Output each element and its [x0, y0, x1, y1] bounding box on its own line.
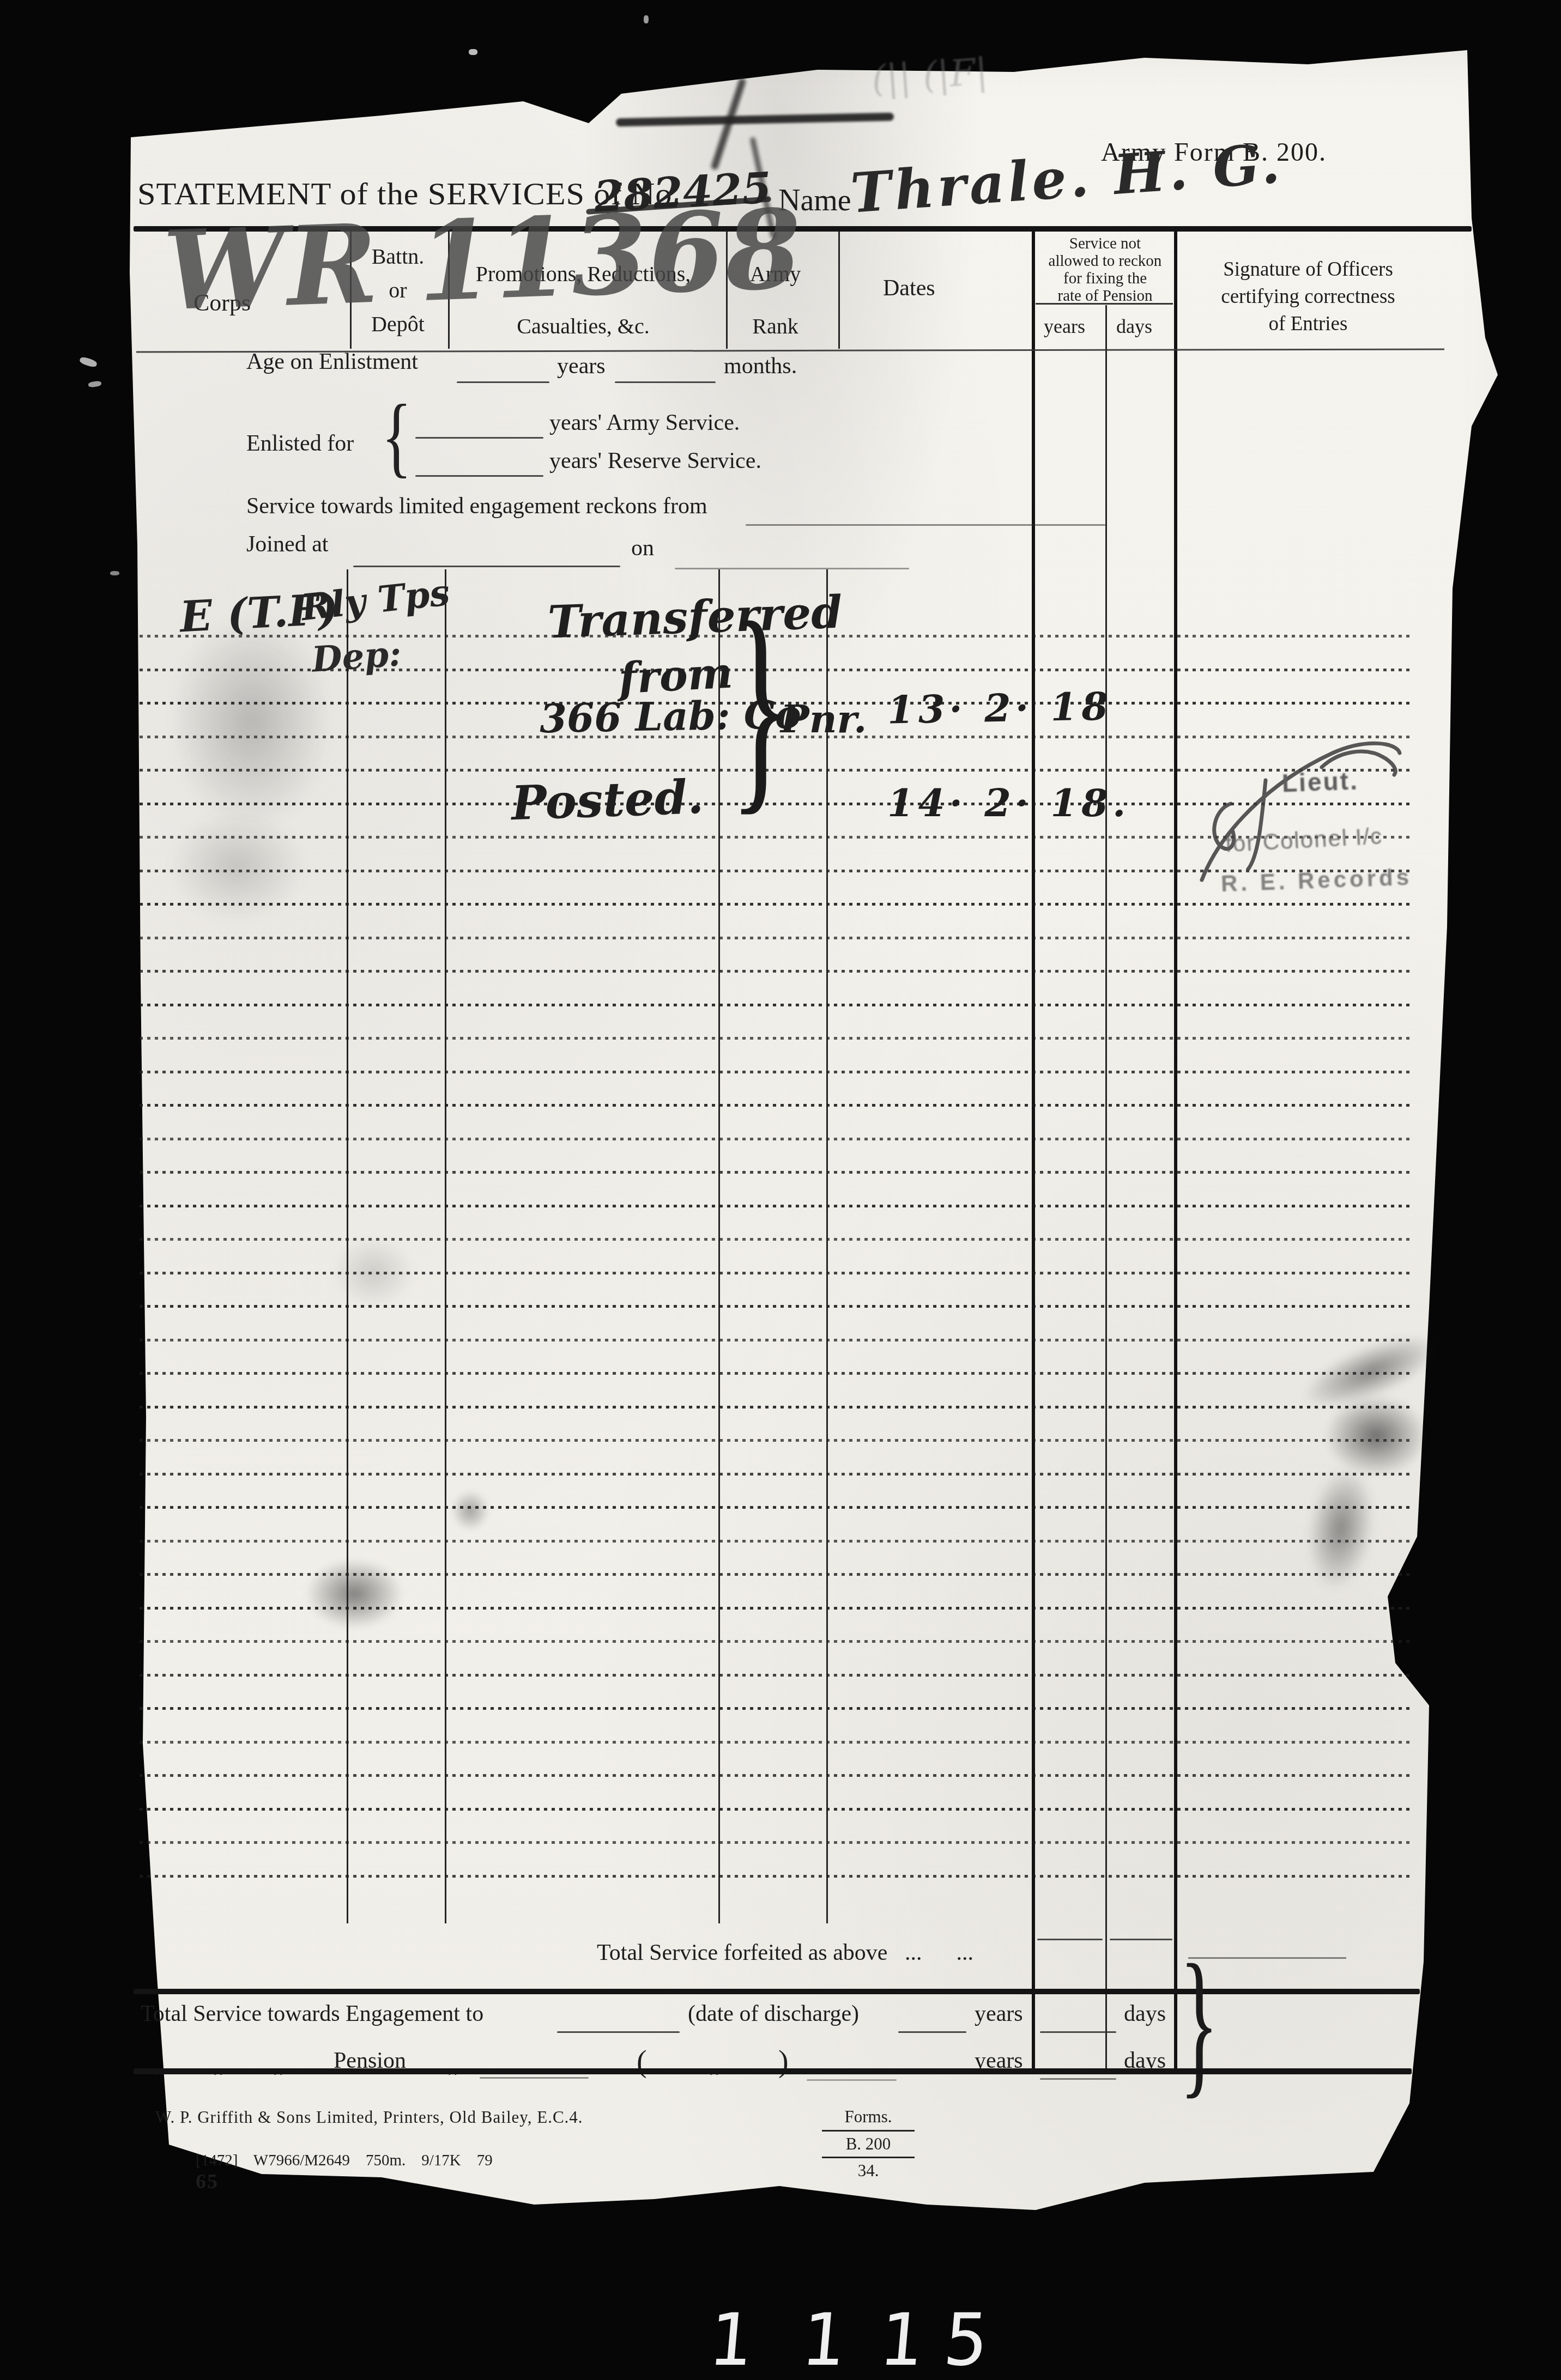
age-months-label: months.	[724, 353, 797, 379]
reserve-service-label: years' Reserve Service.	[549, 448, 761, 474]
forms-sub: 34.	[822, 2158, 915, 2184]
forfeited-label: Total Service forfeited as above ... ...	[597, 1940, 973, 1966]
dotted-row	[140, 1406, 1409, 1408]
stamp-rank: Lieut.	[1281, 766, 1359, 798]
totals-brace: }	[1179, 1940, 1219, 2103]
reserve-service-line	[415, 475, 543, 477]
paper-tear-speck	[110, 571, 119, 575]
dotted-row	[140, 1104, 1409, 1107]
pension-line: rate of Pension	[1036, 288, 1175, 305]
engagement-years-line	[898, 2031, 966, 2033]
years-days-divider	[1105, 305, 1107, 2069]
army-service-label: years' Army Service.	[549, 410, 740, 436]
joined-at-label: Joined at	[246, 531, 328, 557]
dotted-row	[140, 1171, 1409, 1174]
forms-box: Forms. B. 200 34.	[822, 2104, 915, 2184]
dotted-row	[140, 1439, 1409, 1442]
dotted-row	[140, 970, 1409, 973]
col-header-dates: Dates	[883, 275, 935, 301]
joined-at-line	[353, 566, 620, 567]
dotted-row	[140, 937, 1409, 939]
dotted-row	[140, 1841, 1409, 1844]
body-divider-promotions	[718, 569, 720, 1923]
joined-on-label: on	[631, 535, 654, 561]
engagement-label: Total Service towards Engagement to	[141, 2001, 483, 2027]
col-header-days: days	[1116, 315, 1152, 338]
film-counter-digit: 1	[798, 2298, 849, 2380]
film-counter-digit: 1	[875, 2298, 926, 2380]
film-counter: 1 1 1 5	[709, 2298, 988, 2380]
dotted-row	[140, 1707, 1409, 1710]
dotted-row	[140, 1473, 1409, 1476]
pencil-smudge	[332, 1237, 414, 1308]
printer-refs: [1472] W7966/M2649 750m. 9/17K 79	[196, 2152, 493, 2169]
paper-tear-speck	[644, 15, 649, 23]
signature-line: of Entries	[1180, 311, 1436, 338]
pencil-smudge	[164, 806, 311, 926]
ink-smudge	[451, 1490, 489, 1531]
forfeited-years-entry	[1037, 1939, 1103, 1940]
discharge-label: (date of discharge)	[688, 2001, 859, 2027]
age-label: Age on Enlistment	[246, 349, 418, 375]
pension-years-line	[1040, 2078, 1116, 2080]
age-years-label: years	[557, 353, 606, 379]
reckons-line	[746, 524, 1105, 526]
paper-tear-speck	[88, 380, 101, 387]
forms-number: B. 200	[822, 2132, 915, 2159]
dotted-row	[140, 1305, 1409, 1308]
dotted-row	[140, 1205, 1409, 1207]
film-counter-digit: 5	[941, 2298, 992, 2380]
registry-mark: WR 11368	[161, 185, 804, 336]
dotted-row	[140, 1004, 1409, 1006]
dotted-row	[140, 1138, 1409, 1140]
pension-line: for fixing the	[1036, 270, 1175, 288]
film-counter-digit: 1	[705, 2298, 755, 2380]
printer-line1: W. P. Griffith & Sons Limited, Printers,…	[155, 2108, 583, 2127]
dotted-row	[140, 1372, 1409, 1375]
entry-transferred: Transferred	[547, 586, 843, 649]
header-divider	[838, 232, 840, 349]
engagement-days-label: days	[1124, 2001, 1166, 2027]
engagement-days-line	[1040, 2031, 1116, 2033]
signature-line: Signature of Officers	[1180, 256, 1436, 283]
enlisted-for-label: Enlisted for	[246, 430, 354, 457]
age-months-line	[615, 381, 716, 383]
dotted-row	[140, 1037, 1409, 1040]
dotted-row	[140, 1238, 1409, 1241]
entry-date1: 13· 2· 18	[887, 683, 1112, 732]
army-service-line	[415, 437, 543, 439]
paper-tear-speck	[79, 356, 98, 368]
pension-header-underline	[1036, 303, 1173, 305]
ink-blot	[1324, 1395, 1428, 1477]
col-header-signature: Signature of Officers certifying correct…	[1180, 256, 1436, 338]
body-divider-rank	[826, 569, 828, 1923]
body-divider-battn	[445, 569, 446, 1923]
dotted-row	[140, 1540, 1409, 1543]
pension-line: Service not	[1036, 235, 1175, 253]
col-header-pension: Service not allowed to reckon for fixing…	[1036, 235, 1175, 305]
printer-line2: [1472] W7966/M2649 750m. 9/17K 79 65	[180, 2134, 493, 2212]
dotted-row	[140, 1808, 1409, 1811]
pension-line: allowed to reckon	[1036, 253, 1175, 270]
entry-unit-line2: Dep:	[311, 633, 403, 680]
dotted-row	[140, 1774, 1409, 1777]
bottom-rule	[134, 2068, 1412, 2074]
dotted-row	[140, 1674, 1409, 1677]
entry-posted: Posted.	[510, 769, 704, 831]
pension-right-line	[1174, 232, 1177, 2069]
reckons-label: Service towards limited engagement recko…	[246, 493, 707, 519]
signature-line: certifying correctness	[1180, 283, 1436, 311]
col-header-years: years	[1044, 315, 1085, 338]
joined-on-line	[675, 568, 909, 569]
forfeited-days-entry	[1110, 1939, 1172, 1940]
forms-title: Forms.	[822, 2104, 915, 2132]
dotted-row	[140, 1506, 1409, 1509]
dotted-row	[140, 1741, 1409, 1744]
entry-rank: Pnr.	[780, 696, 867, 742]
ink-smudge	[305, 1558, 403, 1629]
paper-tear-speck	[469, 49, 477, 55]
pension-mid-line	[807, 2079, 897, 2081]
dotted-row	[140, 1339, 1409, 1341]
printer-run-number: 65	[196, 2170, 219, 2193]
scanned-page: { "form": { "form_number": "Army Form B.…	[0, 0, 1561, 2380]
dotted-row	[140, 1640, 1409, 1643]
entry-date2: 14· 2· 18.	[887, 780, 1130, 825]
age-years-line	[457, 381, 549, 383]
pension-date-line	[480, 2077, 589, 2079]
enlisted-brace: {	[382, 391, 412, 481]
pension-left-line	[1032, 232, 1035, 2069]
faint-scribble-on-black: (|| (|F|	[870, 46, 1054, 118]
dotted-row	[140, 903, 1409, 906]
dotted-row	[140, 1272, 1409, 1274]
totals-top-rule	[134, 1989, 1420, 1994]
engagement-years-label: years	[975, 2001, 1023, 2027]
dotted-row	[140, 1071, 1409, 1073]
engagement-date-line	[557, 2031, 680, 2033]
dotted-row	[140, 1875, 1409, 1878]
